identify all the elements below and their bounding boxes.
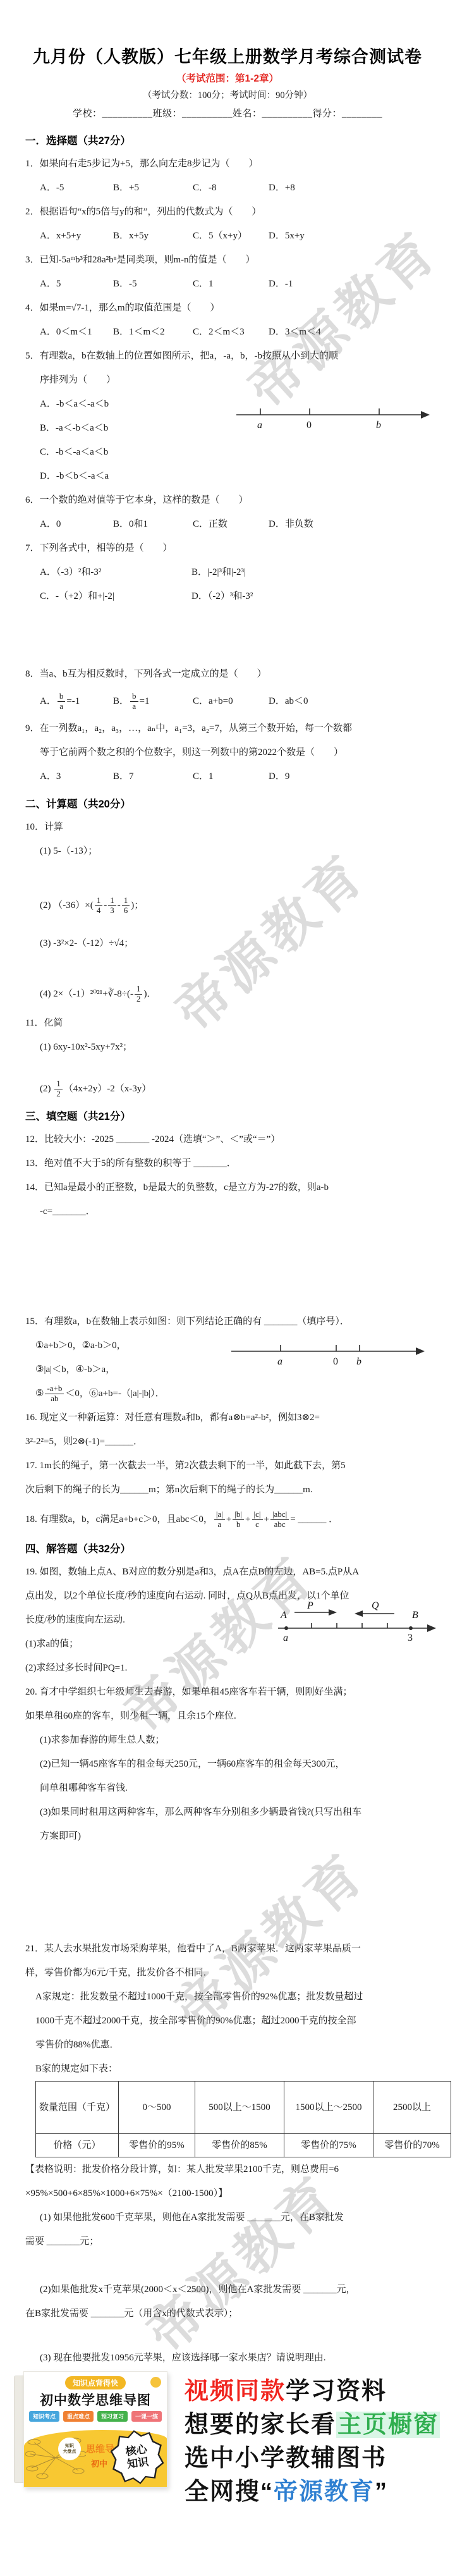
question-21-text-2: 样，零售价都为6元/千克，批发价各不相同．	[25, 1961, 455, 1985]
question-11-part-2: (2) 12（4x+2y）-2（x-3y）	[40, 1077, 455, 1101]
book-spine	[14, 2376, 24, 2483]
question-19-text-1: 19. 如图，数轴上点A、B对应的数分别是a和3，点A在点B的左边，AB=5.点…	[25, 1560, 455, 1584]
option-b: B．-5	[113, 272, 193, 296]
question-1-text: 1．如果向右走5步记为+5，那么向左走8步记为（ ）	[25, 152, 455, 176]
option-b: B．ba=1	[113, 686, 193, 716]
axis-label-0: 0	[333, 1356, 338, 1367]
answer-space	[0, 1848, 455, 1937]
option-c: C．-（+2）和+|-2|	[40, 584, 191, 608]
option-a: A．ba=-1	[40, 686, 113, 716]
answer-space	[0, 917, 455, 931]
question-21-rule-a-3: 零售价的88%优惠．	[35, 2033, 455, 2057]
answer-space	[0, 2326, 455, 2346]
table-cell: 零售价的70%	[373, 2134, 451, 2157]
arrow-right-icon	[329, 1609, 337, 1616]
question-11-label: 11．化简	[25, 1011, 455, 1035]
axis-arrow-icon	[421, 411, 430, 419]
question-1-options: A．-5 B．+5 C．-8 D．+8	[40, 176, 455, 200]
question-4: 4．如果m=√7-1，那么m的取值范围是（ ） A．0＜m＜1 B．1＜m＜2 …	[0, 296, 455, 344]
question-14: 14．已知a是最小的正整数，b是最大的负整数，c是立方为-27的数，则a-b -…	[0, 1175, 455, 1224]
table-cell: 1500以上～2500	[284, 2082, 373, 2134]
option-d: D．ab＜0	[269, 686, 455, 716]
number-line-diagram: a 0 b	[230, 1339, 432, 1369]
promo-line-3: 选中小学教辅图书	[185, 2442, 440, 2475]
option-a: A．5	[40, 272, 113, 296]
question-21-rule-a-1: A家规定：批发数量不超过1000千克，按全部零售价的92%优惠；批发数量超过	[35, 1985, 455, 2009]
question-11-part-1: (1) 6xy-10x²-5xy+7x²；	[40, 1035, 455, 1059]
question-2: 2．根据语句“x的5倍与y的和”，列出的代数式为（ ） A．x+5+y B．x+…	[0, 200, 455, 248]
mindmap-center-bubble: 知识大盘点	[58, 2438, 81, 2460]
question-9-text-2: 等于它前两个数之积的个位数字，则这一列数中的第2022个数是（ ）	[40, 740, 455, 764]
option-c: C．1	[193, 764, 269, 788]
table-row: 价格（元） 零售价的95% 零售价的85% 零售价的75% 零售价的70%	[36, 2134, 451, 2157]
question-10: 10．计算 (1) 5-（-13）； (2) （-36）×(14-13-16)；…	[0, 815, 455, 1006]
option-d: D．（-2）³和-3²	[191, 584, 455, 608]
book-tags: 知识考点 重点难点 预习复习 一课一练	[24, 2411, 167, 2422]
question-16: 16. 现定义一种新运算：对任意有理数a和b，都有a⊗b=a²-b²，例如3⊗2…	[0, 1406, 455, 1454]
exam-scope: （考试范围：第1-2章）	[0, 71, 455, 87]
axis-label-0: 0	[306, 420, 312, 431]
question-4-text: 4．如果m=√7-1，那么m的取值范围是（ ）	[25, 296, 455, 320]
axis-label-a: a	[283, 1633, 288, 1643]
option-b: B．+5	[113, 176, 193, 200]
option-c: C．1	[193, 272, 269, 296]
question-10-part-1: (1) 5-（-13）；	[40, 839, 455, 863]
option-b: B．x+5y	[113, 224, 193, 248]
question-16-text: 16. 现定义一种新运算：对任意有理数a和b，都有a⊗b=a²-b²，例如3⊗2…	[25, 1406, 455, 1430]
question-21-part-2: (2)如果他批发x千克苹果(2000＜x＜2500)，则他在A家批发需要 ___…	[40, 2278, 455, 2302]
point-label-Q: Q	[372, 1600, 379, 1611]
section-3-heading: 三、填空题（共21分）	[25, 1106, 455, 1127]
question-19-part-2: (2)求经过多长时间PQ=1.	[25, 1656, 455, 1680]
question-21-text-1: 21．某人去水果批发市场采购苹果，他看中了A，B两家苹果．这两家苹果品质一	[25, 1937, 455, 1961]
option-d: D．-1	[269, 272, 455, 296]
question-20-text-1: 20. 育才中学组织七年级师生去春游，如果单租45座客车若干辆，则刚好坐满；	[25, 1680, 455, 1704]
question-21: 21．某人去水果批发市场采购苹果，他看中了A，B两家苹果．这两家苹果品质一 样，…	[0, 1937, 455, 2370]
book-cover: 知识点背得快 初中数学思维导图 知识考点 重点难点 预习复习 一课一练	[14, 2371, 167, 2489]
table-cell: 数量范围（千克）	[36, 2082, 119, 2134]
option-d: D．9	[269, 764, 455, 788]
question-20-text-2: 如果单租60座的客车，则少租一辆，且余15个座位.	[25, 1704, 455, 1728]
core-knowledge-badge: 核心知识	[108, 2427, 166, 2487]
question-20-part-3b: 方案即可)	[40, 1824, 455, 1848]
point-label-A: A	[280, 1610, 287, 1621]
option-d: D．-b＜b＜-a＜a	[40, 464, 455, 488]
question-20-part-2b: 问单租哪种客车省钱.	[40, 1776, 455, 1800]
question-2-options: A．x+5+y B．x+5y C．5（x+y） D．5x+y	[40, 224, 455, 248]
option-c: C．5（x+y）	[193, 224, 269, 248]
section-4-heading: 四、解答题（共32分）	[25, 1538, 455, 1560]
price-table: 数量范围（千克） 0～500 500以上～1500 1500以上～2500 25…	[35, 2081, 451, 2157]
question-21-rule-b: B家的规定如下表：	[35, 2057, 455, 2081]
axis-label-a: a	[257, 420, 262, 431]
book-title: 初中数学思维导图	[24, 2390, 167, 2409]
axis-label-b: b	[356, 1356, 361, 1367]
point-label-B: B	[412, 1610, 418, 1621]
question-21-note-2: ×95%×500+6×85%×1000+6×75%×（2100-1500）】	[25, 2181, 455, 2205]
promo-line-2: 想要的家长看主页橱窗	[185, 2408, 440, 2442]
question-7: 7．下列各式中，相等的是（ ） A．（-3）²和-3² B．|-2|³和|-2³…	[0, 536, 455, 608]
question-8-options: A．ba=-1 B．ba=1 C．a+b=0 D．ab＜0	[40, 686, 455, 716]
question-2-text: 2．根据语句“x的5倍与y的和”，列出的代数式为（ ）	[25, 200, 455, 224]
option-d: D．+8	[269, 176, 455, 200]
option-a: A．-5	[40, 176, 113, 200]
option-a: A．（-3）²和-3²	[40, 560, 191, 584]
promo-line-4: 全网搜“帝源教育”	[185, 2475, 440, 2509]
option-c: C．正数	[193, 512, 269, 536]
question-5: 5．有理数a，b在数轴上的位置如图所示，把a，-a，b，-b按照从小到大的顺 序…	[0, 344, 455, 488]
question-21-part-1: (1) 如果他批发600千克苹果，则他在A家批发需要 _______元，在B家批…	[40, 2205, 455, 2229]
number-line-diagram: a 0 b	[235, 402, 437, 432]
student-info-blanks: 学校：__________班级：__________姓名：__________得…	[0, 104, 455, 124]
book-tag: 一课一练	[131, 2411, 162, 2422]
axis-label-a: a	[277, 1356, 282, 1367]
option-b: B．|-2|³和|-2³|	[191, 560, 455, 584]
question-5-text: 5．有理数a，b在数轴上的位置如图所示，把a，-a，b，-b按照从小到大的顺	[25, 344, 455, 368]
axis-label-3: 3	[408, 1633, 413, 1643]
question-6-options: A．0 B．0和1 C．正数 D．非负数	[40, 512, 455, 536]
question-9: 9．在一列数a₁，a₂，a₃，…，aₙ中，a₁=3，a₂=7，从第三个数开始，每…	[0, 716, 455, 788]
table-cell: 2500以上	[373, 2082, 451, 2134]
question-19: 19. 如图，数轴上点A、B对应的数分别是a和3，点A在点B的左边，AB=5.点…	[0, 1560, 455, 1680]
question-18: 18. 有理数a，b，c满足a+b+c＞0，且abc＜0，|a|a+|b|b+|…	[25, 1502, 455, 1537]
table-cell: 零售价的75%	[284, 2134, 373, 2157]
answer-space	[0, 863, 455, 893]
promo-text: 视频同款学习资料 想要的家长看主页橱窗 选中小学教辅图书 全网搜“帝源教育”	[185, 2375, 440, 2509]
book-tag: 重点难点	[63, 2411, 94, 2422]
book-tag: 知识考点	[29, 2411, 59, 2422]
axis-arrow-icon	[427, 1624, 436, 1632]
option-c: C．-b＜-a＜a＜b	[40, 440, 455, 464]
question-6: 6．一个数的绝对值等于它本身，这样的数是（ ） A．0 B．0和1 C．正数 D…	[0, 488, 455, 536]
point-motion-diagram: A P Q B a 3	[277, 1600, 440, 1643]
question-8: 8．当a、b互为相反数时，下列各式一定成立的是（ ） A．ba=-1 B．ba=…	[0, 662, 455, 716]
section-1-heading: 一．选择题（共27分）	[25, 130, 455, 152]
question-21-part-3: (3) 现在他要批发10956元苹果，应该选择哪一家水果店？请说明理由.	[40, 2346, 455, 2370]
book-tag: 预习复习	[97, 2411, 128, 2422]
question-15-text: 15．有理数a，b在数轴上表示如图：则下列结论正确的有 _______（填序号）…	[25, 1309, 455, 1334]
option-d: D．非负数	[269, 512, 455, 536]
answer-space	[0, 1059, 455, 1077]
question-9-text: 9．在一列数a₁，a₂，a₃，…，aₙ中，a₁=3，a₂=7，从第三个数开始，每…	[25, 716, 455, 740]
question-21-part-1b: 需要 _______元；	[25, 2229, 455, 2254]
option-b: B．0和1	[113, 512, 193, 536]
book-slogan-2: 初中	[91, 2457, 107, 2469]
axis-label-b: b	[376, 420, 381, 431]
question-3: 3．已知-5aᵐb³和28a²bⁿ是同类项，则m-n的值是（ ） A．5 B．-…	[0, 248, 455, 296]
option-d: D．3＜m＜4	[269, 320, 455, 344]
corner-badge-icon	[150, 2377, 161, 2388]
question-5-text-2: 序排列为（ ）	[40, 368, 455, 392]
question-14-text-2: -c=_______．	[40, 1199, 455, 1224]
table-cell: 零售价的85%	[195, 2134, 284, 2157]
question-10-label: 10．计算	[25, 815, 455, 839]
question-17: 17. 1m长的绳子，第一次截去一半，第2次截去剩下的一半，如此截下去，第5 次…	[0, 1454, 455, 1502]
question-10-part-4: (4) 2×（-1）²⁰²¹+∛-8÷(-12)．	[40, 982, 455, 1006]
question-20-part-3: (3)如果同时租用这两种客车，那么两种客车分别租多少辆最省钱?(只写出租车	[40, 1800, 455, 1824]
question-16-text-2: 3²-2²=5，则2⊗(-1)=______．	[25, 1430, 455, 1454]
option-a: A．0	[40, 512, 113, 536]
table-cell: 零售价的95%	[119, 2134, 195, 2157]
question-10-part-2: (2) （-36）×(14-13-16)；	[40, 893, 455, 917]
question-12-text: 12．比较大小：-2025 _______ -2024（选填“＞”、＜”或“＝”…	[25, 1127, 455, 1151]
exam-info: （考试分数：100分；考试时间：90分钟）	[0, 87, 455, 104]
option-c: C．-8	[193, 176, 269, 200]
option-a: A．x+5+y	[40, 224, 113, 248]
question-17-text: 17. 1m长的绳子，第一次截去一半，第2次截去剩下的一半，如此截下去，第5	[25, 1454, 455, 1478]
option-c: C．2＜m＜3	[193, 320, 269, 344]
question-21-note-1: 【表格说明：批发价格分段计算，如：某人批发苹果2100千克，则总费用=6	[25, 2157, 455, 2181]
question-3-text: 3．已知-5aᵐb³和28a²bⁿ是同类项，则m-n的值是（ ）	[25, 248, 455, 272]
question-14-text: 14．已知a是最小的正整数，b是最大的负整数，c是立方为-27的数，则a-b	[25, 1175, 455, 1199]
point-label-P: P	[306, 1600, 313, 1611]
option-a: A．3	[40, 764, 113, 788]
question-15: 15．有理数a，b在数轴上表示如图：则下列结论正确的有 _______（填序号）…	[0, 1309, 455, 1406]
question-15-items-5-6: ⑤-a+bab＜0，⑥a+b=-（|a|-|b|）．	[35, 1382, 455, 1406]
question-11: 11．化简 (1) 6xy-10x²-5xy+7x²； (2) 12（4x+2y…	[0, 1011, 455, 1101]
question-7-text: 7．下列各式中，相等的是（ ）	[25, 536, 455, 560]
answer-space	[0, 2254, 455, 2278]
question-21-rule-a-2: 1000千克不超过2000千克，按全部零售价的90%优惠；超过2000千克的按全…	[35, 2009, 455, 2033]
table-cell: 价格（元）	[36, 2134, 119, 2157]
answer-space	[0, 1224, 455, 1309]
question-20: 20. 育才中学组织七年级师生去春游，如果单租45座客车若干辆，则刚好坐满； 如…	[0, 1680, 455, 1848]
arrow-left-icon	[355, 1610, 363, 1617]
question-13-text: 13．绝对值不大于5的所有整数的积等于 _______．	[25, 1151, 455, 1175]
question-1: 1．如果向右走5步记为+5，那么向左走8步记为（ ） A．-5 B．+5 C．-…	[0, 152, 455, 200]
exam-page: 帝源教育 帝源教育 帝源教育 帝源教育 帝源教育 九月份（人教版）七年级上册数学…	[0, 0, 455, 2576]
option-d: D．5x+y	[269, 224, 455, 248]
option-a: A．0＜m＜1	[40, 320, 113, 344]
question-10-part-3: (3) -3²×2-（-12）÷√4；	[40, 931, 455, 955]
option-b: B．1＜m＜2	[113, 320, 193, 344]
option-b: B．7	[113, 764, 193, 788]
question-17-text-2: 次后剩下的绳子的长为______m；第n次后剩下的绳子的长为______m.	[25, 1478, 455, 1502]
answer-space	[0, 608, 455, 662]
question-21-part-2b: 在B家批发需要 _______元（用含x的代数式表示）；	[25, 2302, 455, 2326]
question-7-options-row-1: A．（-3）²和-3² B．|-2|³和|-2³|	[40, 560, 455, 584]
book-badge: 知识点背得快	[65, 2376, 126, 2389]
question-7-options-row-2: C．-（+2）和+|-2| D．（-2）³和-3²	[40, 584, 455, 608]
table-cell: 500以上～1500	[195, 2082, 284, 2134]
table-row: 数量范围（千克） 0～500 500以上～1500 1500以上～2500 25…	[36, 2082, 451, 2134]
axis-arrow-icon	[416, 1347, 425, 1355]
question-3-options: A．5 B．-5 C．1 D．-1	[40, 272, 455, 296]
question-20-part-1: (1)求参加春游的师生总人数；	[40, 1728, 455, 1752]
question-9-options: A．3 B．7 C．1 D．9	[40, 764, 455, 788]
promo-banner: 知识点背得快 初中数学思维导图 知识考点 重点难点 预习复习 一课一练	[0, 2370, 455, 2534]
question-8-text: 8．当a、b互为相反数时，下列各式一定成立的是（ ）	[25, 662, 455, 686]
section-2-heading: 二、计算题（共20分）	[25, 794, 455, 815]
book-front: 知识点背得快 初中数学思维导图 知识考点 重点难点 预习复习 一课一练	[23, 2371, 167, 2487]
answer-space	[0, 955, 455, 982]
table-cell: 0～500	[119, 2082, 195, 2134]
question-4-options: A．0＜m＜1 B．1＜m＜2 C．2＜m＜3 D．3＜m＜4	[40, 320, 455, 344]
promo-line-1: 视频同款学习资料	[185, 2375, 440, 2408]
question-6-text: 6．一个数的绝对值等于它本身，这样的数是（ ）	[25, 488, 455, 512]
page-title: 九月份（人教版）七年级上册数学月考综合测试卷	[0, 43, 455, 71]
question-20-part-2: (2)已知一辆45座客车的租金每天250元，一辆60座客车的租金每天300元，	[40, 1752, 455, 1776]
option-c: C．a+b=0	[193, 686, 269, 716]
